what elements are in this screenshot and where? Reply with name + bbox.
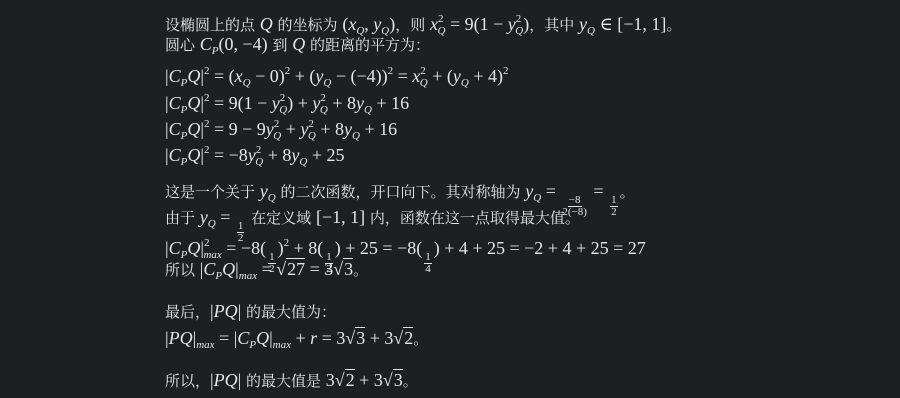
text: 的最大值为：	[241, 303, 336, 321]
text: 内，函数在这一点取得最大值。	[365, 209, 580, 227]
text: 这是一个关于	[165, 183, 260, 201]
text: 。	[403, 372, 418, 390]
text: 。	[620, 183, 635, 201]
text: 在定义域	[246, 209, 316, 227]
line-2: 圆心 CP(0, −4) 到 Q 的距离的平方为：	[165, 33, 430, 62]
text: 所以，	[165, 372, 210, 390]
text: ，其中	[529, 16, 579, 34]
text: 设椭圆上的点	[165, 16, 260, 34]
line-12: |PQ|max = |CPQ|max + r = 3√3 + 3√2。	[165, 327, 428, 356]
text: 的二次函数，开口向下。其对称轴为	[276, 183, 526, 201]
text: 圆心	[165, 36, 200, 54]
line-6-equation: |CPQ|2 = −8y2Q + 8yQ + 25	[165, 139, 345, 173]
text: 所以	[165, 261, 200, 279]
line-11: 最后，|PQ| 的最大值为：	[165, 300, 336, 323]
text: 由于	[165, 209, 200, 227]
line-13: 所以，|PQ| 的最大值是 3√2 + 3√3。	[165, 369, 418, 392]
text: 的最大值是	[241, 372, 326, 390]
text: 到	[268, 36, 293, 54]
text: 。	[413, 330, 428, 348]
text: 最后，	[165, 303, 210, 321]
text: ，则	[395, 16, 430, 34]
text: 的坐标为	[273, 16, 343, 34]
line-10: 所以 |CPQ|max = √27 = 3√3。	[165, 258, 368, 287]
text: 。	[353, 261, 368, 279]
text: 的距离的平方为：	[305, 36, 430, 54]
text: 。	[666, 16, 681, 34]
